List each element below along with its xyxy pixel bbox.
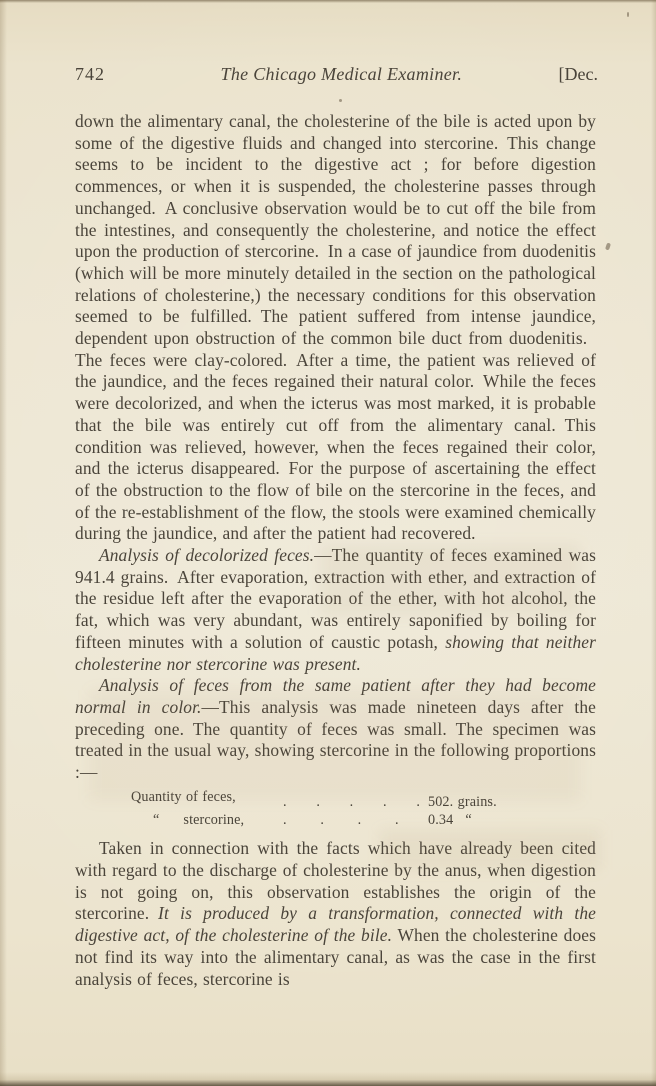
paper-stain — [605, 243, 611, 251]
paper-stain — [339, 99, 342, 102]
issue-label: [Dec. — [559, 64, 598, 85]
text-column-lower: Taken in connection with the facts which… — [75, 838, 596, 990]
ditto-mark: “ — [465, 812, 471, 828]
table-row: Quantity of feces, . . . . . . 502. grai… — [75, 789, 550, 812]
table-value-cell: 0.34“ — [428, 812, 550, 830]
dot-leader: . . . . . . — [283, 794, 428, 812]
table-value: 502. grains. — [428, 794, 497, 810]
table-row: “ stercorine, . . . . . 0.34“ — [75, 812, 550, 830]
table-value: 0.34 — [428, 812, 453, 828]
text-column-upper: down the alimentary canal, the cholester… — [75, 111, 596, 784]
page-bottom-edge — [0, 1072, 656, 1086]
ditto-mark: “ — [131, 812, 159, 830]
paragraph-segment: Analysis of decolorized feces. — [99, 545, 314, 565]
table-value-cell: 502. grains. — [428, 794, 550, 812]
paragraph: down the alimentary canal, the cholester… — [75, 111, 596, 545]
page-right-edge — [651, 0, 656, 1086]
page-top-edge — [0, 0, 656, 3]
paragraph: Taken in connection with the facts which… — [75, 838, 596, 990]
dot-leader: . . . . . — [283, 812, 428, 830]
page-header: 742 The Chicago Medical Examiner. [Dec. — [75, 64, 598, 88]
scanned-page: 742 The Chicago Medical Examiner. [Dec. … — [0, 0, 656, 1086]
paper-stain — [627, 12, 629, 17]
paragraph: Analysis of feces from the same patient … — [75, 675, 596, 784]
paragraph-segment: down the alimentary canal, the cholester… — [75, 111, 596, 543]
table-label-group: “ stercorine, — [131, 812, 283, 830]
paragraph: Analysis of decolorized feces.—The quant… — [75, 545, 596, 675]
table-label-group: Quantity of feces, — [131, 789, 283, 807]
page-number: 742 — [75, 64, 105, 85]
page-body: down the alimentary canal, the cholester… — [75, 111, 596, 990]
table-label: Quantity of feces, — [131, 789, 236, 807]
journal-title: The Chicago Medical Examiner. — [221, 64, 463, 85]
measurement-table: Quantity of feces, . . . . . . 502. grai… — [75, 789, 550, 830]
page-left-edge — [0, 0, 7, 1086]
table-label: stercorine, — [183, 812, 244, 830]
